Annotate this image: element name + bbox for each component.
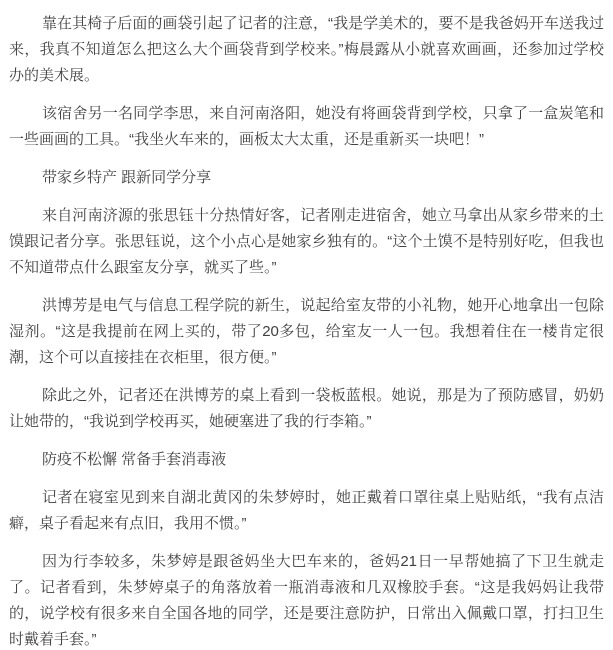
article-paragraph: 靠在其椅子后面的画袋引起了记者的注意，“我是学美术的，要不是我爸妈开车送我过来，… — [9, 11, 604, 89]
article-paragraph: 除此之外，记者还在洪博芳的桌上看到一袋板蓝根。她说，那是为了预防感冒，奶奶让她带… — [9, 383, 604, 435]
article-paragraph: 洪博芳是电气与信息工程学院的新生，说起给室友带的小礼物，她开心地拿出一包除湿剂。… — [9, 293, 604, 371]
article-paragraph: 记者在寝室见到来自湖北黄冈的朱梦婷时，她正戴着口罩往桌上贴贴纸，“我有点洁癖，桌… — [9, 485, 604, 537]
section-heading-epidemic-prevention: 防疫不松懈 常备手套消毒液 — [9, 447, 604, 473]
section-heading-hometown-specialties: 带家乡特产 跟新同学分享 — [9, 165, 604, 191]
article-paragraph: 因为行李较多，朱梦婷是跟爸妈坐大巴车来的，爸妈21日一早帮她搞了下卫生就走了。记… — [9, 549, 604, 650]
article-paragraph: 来自河南济源的张思钰十分热情好客，记者刚走进宿舍，她立马拿出从家乡带来的土馍跟记… — [9, 203, 604, 281]
article-body: 靠在其椅子后面的画袋引起了记者的注意，“我是学美术的，要不是我爸妈开车送我过来，… — [0, 0, 613, 650]
article-paragraph: 该宿舍另一名同学李思，来自河南洛阳，她没有将画袋背到学校，只拿了一盒炭笔和一些画… — [9, 101, 604, 153]
